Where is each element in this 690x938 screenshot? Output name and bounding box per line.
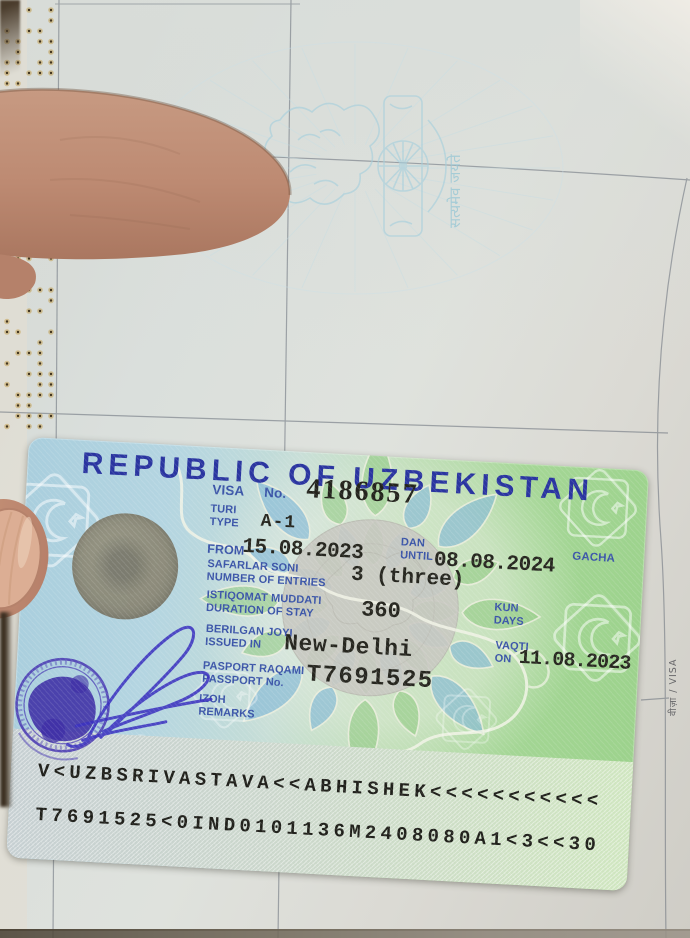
page-bottom-edge xyxy=(0,929,690,938)
finger-top xyxy=(0,89,290,299)
fingers xyxy=(0,0,690,938)
passport-visa-page-photo: सत्यमेव जयते वीज़ा / VISA xyxy=(0,0,690,938)
page-edge-shadow-top xyxy=(0,0,20,80)
page-edge-shadow-left xyxy=(0,612,13,807)
finger-left-thumb xyxy=(0,492,57,626)
